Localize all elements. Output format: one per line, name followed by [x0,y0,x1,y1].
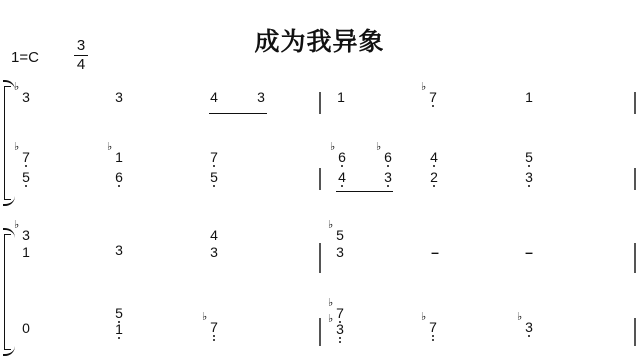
octave-dot [339,341,341,343]
note: 5 [113,306,125,320]
note: 6 [336,150,348,164]
octave-dot [432,335,434,337]
note: 5 [20,170,32,184]
octave-dot [213,185,215,187]
octave-dot [432,339,434,341]
octave-dot [213,165,215,167]
note: 4 [428,150,440,164]
note: 3 [382,170,394,184]
flat-icon: ♭ [107,140,112,153]
note: 7 [208,150,220,164]
octave-dot [25,165,27,167]
barline [319,92,321,114]
note: 3 [208,245,220,259]
note: 7 [208,320,220,334]
barline [319,318,321,346]
octave-dot [339,337,341,339]
key-signature: 1=C [11,49,39,66]
note: 1 [20,245,32,259]
note: 5 [523,150,535,164]
barline [634,92,636,114]
octave-dot [25,185,27,187]
eighth-underline [336,191,393,192]
flat-icon: ♭ [517,310,522,323]
octave-dot [432,105,434,107]
note: 4 [208,228,220,242]
flat-icon: ♭ [14,80,19,93]
note: 1 [113,322,125,336]
octave-dot [341,185,343,187]
flat-icon: ♭ [202,310,207,323]
note: 2 [428,170,440,184]
flat-icon: ♭ [376,140,381,153]
octave-dot [118,185,120,187]
note: 3 [255,90,267,104]
note: – [523,245,535,259]
note: 1 [335,90,347,104]
octave-dot [528,335,530,337]
note: 6 [113,170,125,184]
barline [319,168,321,190]
note: 4 [208,90,220,104]
note: 3 [334,322,346,336]
barline [319,243,321,273]
flat-icon: ♭ [328,218,333,231]
note: 5 [208,170,220,184]
note: 4 [336,170,348,184]
octave-dot [387,165,389,167]
note: 3 [523,170,535,184]
octave-dot [213,339,215,341]
flat-icon: ♭ [421,310,426,323]
note: 3 [20,228,32,242]
time-signature-bottom: 4 [74,57,88,73]
note: 1 [113,150,125,164]
note: 7 [20,150,32,164]
flat-icon: ♭ [421,80,426,93]
flat-icon: ♭ [14,218,19,231]
note: 7 [334,306,346,320]
note: 5 [334,228,346,242]
octave-dot [528,165,530,167]
barline [634,243,636,273]
note: 6 [382,150,394,164]
octave-dot [433,165,435,167]
note: 3 [523,320,535,334]
note: – [429,245,441,259]
note: 3 [113,90,125,104]
note: 1 [523,90,535,104]
barline [634,318,636,346]
flat-icon: ♭ [14,140,19,153]
flat-icon: ♭ [328,296,333,309]
note: 0 [20,321,32,335]
score-title: 成为我异象 [0,22,639,58]
eighth-underline [209,113,267,114]
flat-icon: ♭ [328,312,333,325]
note: 7 [427,90,439,104]
time-signature-top: 3 [74,38,88,54]
time-signature: 3 4 [74,38,88,73]
octave-dot [341,165,343,167]
octave-dot [433,185,435,187]
octave-dot [528,185,530,187]
note: 3 [113,243,125,257]
octave-dot [213,335,215,337]
octave-dot [387,185,389,187]
barline [634,168,636,190]
system-1-bracket [4,86,11,200]
note: 7 [427,320,439,334]
octave-dot [118,337,120,339]
note: 3 [20,90,32,104]
note: 3 [334,245,346,259]
flat-icon: ♭ [330,140,335,153]
system-2-bracket [4,234,11,350]
